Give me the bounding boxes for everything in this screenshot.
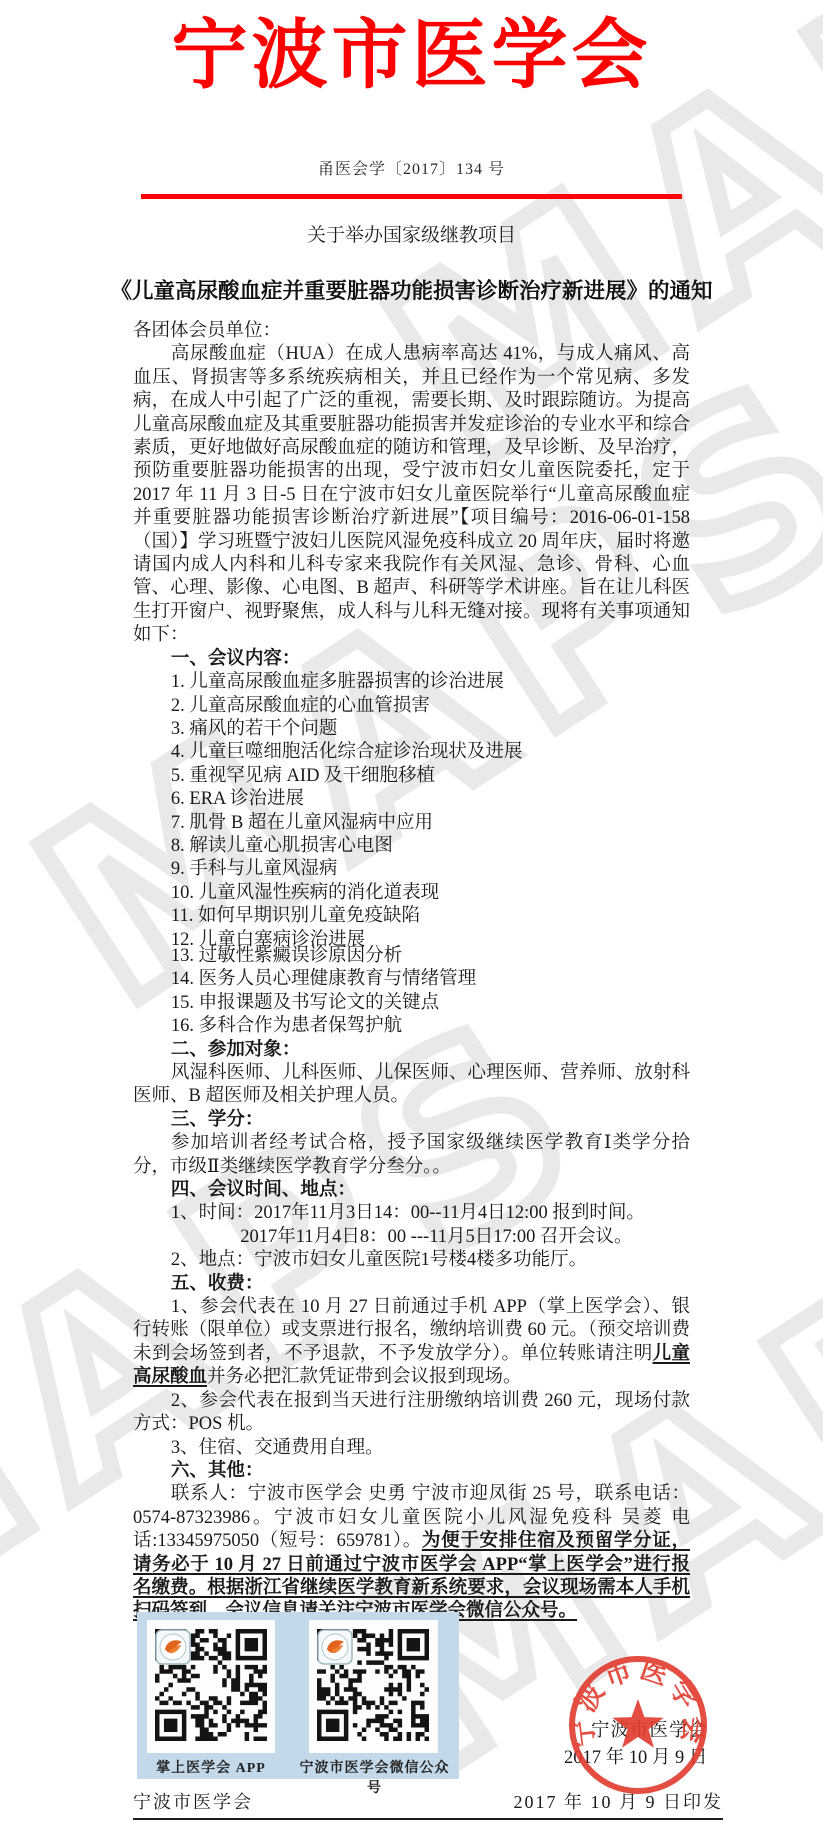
text-run: 8. 解读儿童心肌损害心电图 xyxy=(171,836,393,856)
text-run: 6. ERA 诊治进展 xyxy=(171,789,304,809)
text-run: 三、学分： xyxy=(171,1110,264,1130)
body-block-item: 13. 过敏性紫癜误诊原因分析 xyxy=(133,945,690,968)
body-block-head: 一、会议内容： xyxy=(133,648,690,671)
body-block-item: 16. 多科合作为患者保驾护航 xyxy=(133,1015,690,1038)
letterhead-org-title: 宁波市医学会 xyxy=(0,0,823,98)
body-block-item: 11. 如何早期识别儿童免疫缺陷 xyxy=(133,905,690,928)
body-block-head: 三、学分： xyxy=(133,1109,690,1132)
body-block-item: 5. 重视罕见病 AID 及干细胞移植 xyxy=(133,765,690,788)
text-run: 3、住宿、交通费用自理。 xyxy=(171,1438,384,1458)
body-block-head: 四、会议时间、地点： xyxy=(133,1179,690,1202)
body-block-item: 1. 儿童高尿酸血症多脏器损害的诊治进展 xyxy=(133,671,690,694)
notice-body: 各团体会员单位：高尿酸血症（HUA）在成人患病率高达 41%，与成人痛风、高血压… xyxy=(133,320,690,1624)
text-run: 并务必把汇款凭证带到会议报到现场。 xyxy=(207,1367,522,1387)
body-block-head: 五、收费： xyxy=(133,1273,690,1296)
text-run: 2017年11月4日8：00 ---11月5日17:00 召开会议。 xyxy=(240,1227,632,1247)
body-block-para: 联系人：宁波市医学会 史勇 宁波市迎凤街 25 号，联系电话：0574-8732… xyxy=(133,1483,690,1623)
text-run: 15. 申报课题及书写论文的关键点 xyxy=(171,993,439,1013)
qr-label-app: 掌上医学会 APP xyxy=(137,1757,285,1777)
notice-title-line2: 《儿童高尿酸血症并重要脏器功能损害诊断治疗新进展》的通知 xyxy=(0,274,823,305)
body-block-item: 8. 解读儿童心肌损害心电图 xyxy=(133,835,690,858)
qr-panel: 掌上医学会 APP 宁波市医学会微信公众号 xyxy=(137,1612,459,1779)
text-run: 二、参加对象： xyxy=(171,1040,301,1060)
letterhead-rule xyxy=(141,194,682,199)
body-block-para: 2、参会代表在报到当天进行注册缴纳培训费 260 元，现场付款方式：POS 机。 xyxy=(133,1390,690,1437)
body-block-item: 3、住宿、交通费用自理。 xyxy=(133,1437,690,1460)
qr-center-logo-icon xyxy=(317,1629,353,1665)
text-run: 11. 如何早期识别儿童免疫缺陷 xyxy=(171,906,420,926)
body-block-item: 9. 手科与儿童风湿病 xyxy=(133,858,690,881)
text-run: 2. 儿童高尿酸血症的心血管损害 xyxy=(171,696,430,716)
notice-title-line1: 关于举办国家级继教项目 xyxy=(0,220,823,247)
text-run: 5. 重视罕见病 AID 及干细胞移植 xyxy=(171,766,435,786)
text-run: 1、时间：2017年11月3日14：00--11月4日12:00 报到时间。 xyxy=(171,1203,645,1223)
qr-tile-app xyxy=(147,1620,275,1753)
text-run: 7. 肌骨 B 超在儿童风湿病中应用 xyxy=(171,813,433,833)
body-block-salute: 各团体会员单位： xyxy=(133,320,690,343)
body-block-para: 高尿酸血症（HUA）在成人患病率高达 41%，与成人痛风、高血压、肾损害等多系统… xyxy=(133,343,690,647)
text-run: 五、收费： xyxy=(171,1274,264,1294)
text-run: 一、会议内容： xyxy=(171,649,301,669)
official-seal: 宁波市医学会 xyxy=(563,1650,713,1800)
text-run: 高尿酸血症（HUA）在成人患病率高达 41%，与成人痛风、高血压、肾损害等多系统… xyxy=(133,344,690,645)
text-run: 9. 手科与儿童风湿病 xyxy=(171,859,338,879)
document-number: 甬医会学〔2017〕134 号 xyxy=(0,156,823,179)
body-block-item: 14. 医务人员心理健康教育与情绪管理 xyxy=(133,968,690,991)
text-run: 13. 过敏性紫癜误诊原因分析 xyxy=(171,946,402,966)
body-block-para: 1、参会代表在 10 月 27 日前通过手机 APP（掌上医学会）、银行转账（限… xyxy=(133,1296,690,1390)
body-block-item: 10. 儿童风湿性疾病的消化道表现 xyxy=(133,882,690,905)
text-run: 3. 痛风的若干个问题 xyxy=(171,719,338,739)
body-block-item: 3. 痛风的若干个问题 xyxy=(133,718,690,741)
body-block-time2: 2017年11月4日8：00 ---11月5日17:00 召开会议。 xyxy=(133,1226,690,1249)
body-block-item: 15. 申报课题及书写论文的关键点 xyxy=(133,992,690,1015)
body-block-item: 7. 肌骨 B 超在儿童风湿病中应用 xyxy=(133,812,690,835)
document-page: MAPS MAPS MAPS MAPS 宁波市医学会 甬医会学〔2017〕134… xyxy=(0,0,823,1826)
body-block-item: 6. ERA 诊治进展 xyxy=(133,788,690,811)
text-run: 各团体会员单位： xyxy=(133,321,281,341)
text-run: 六、其他： xyxy=(171,1461,264,1481)
footer-issuer: 宁波市医学会 xyxy=(133,1788,253,1814)
text-run: 1. 儿童高尿酸血症多脏器损害的诊治进展 xyxy=(171,672,504,692)
text-run: 2、参会代表在报到当天进行注册缴纳培训费 260 元，现场付款方式：POS 机。 xyxy=(133,1391,690,1434)
text-run: 风湿科医师、儿科医师、儿保医师、心理医师、营养师、放射科医师、B 超医师及相关护… xyxy=(133,1063,690,1106)
qr-tile-wechat xyxy=(309,1620,438,1753)
text-run: 四、会议时间、地点： xyxy=(171,1180,356,1200)
text-run: 参加培训者经考试合格，授予国家级继续医学教育Ⅰ类学分拾分，市级Ⅱ类继续医学教育学… xyxy=(133,1133,690,1176)
body-block-item: 2、地点：宁波市妇女儿童医院1号楼4楼多功能厅。 xyxy=(133,1249,690,1272)
text-run: 4. 儿童巨噬细胞活化综合症诊治现状及进展 xyxy=(171,742,523,762)
text-run: 2、地点：宁波市妇女儿童医院1号楼4楼多功能厅。 xyxy=(171,1250,587,1270)
body-block-item: 1、时间：2017年11月3日14：00--11月4日12:00 报到时间。 xyxy=(133,1202,690,1225)
text-run: 1、参会代表在 10 月 27 日前通过手机 APP（掌上医学会）、银行转账（限… xyxy=(133,1297,690,1364)
body-block-item: 2. 儿童高尿酸血症的心血管损害 xyxy=(133,695,690,718)
body-block-head: 六、其他： xyxy=(133,1460,690,1483)
body-block-para: 风湿科医师、儿科医师、儿保医师、心理医师、营养师、放射科医师、B 超医师及相关护… xyxy=(133,1062,690,1109)
text-run: 10. 儿童风湿性疾病的消化道表现 xyxy=(171,883,439,903)
body-block-head: 二、参加对象： xyxy=(133,1039,690,1062)
body-block-para: 参加培训者经考试合格，授予国家级继续医学教育Ⅰ类学分拾分，市级Ⅱ类继续医学教育学… xyxy=(133,1132,690,1179)
text-run: 16. 多科合作为患者保驾护航 xyxy=(171,1016,402,1036)
seal-star-icon xyxy=(612,1699,663,1748)
text-run: 14. 医务人员心理健康教育与情绪管理 xyxy=(171,969,476,989)
qr-center-logo-icon xyxy=(155,1629,191,1665)
body-block-item: 4. 儿童巨噬细胞活化综合症诊治现状及进展 xyxy=(133,741,690,764)
